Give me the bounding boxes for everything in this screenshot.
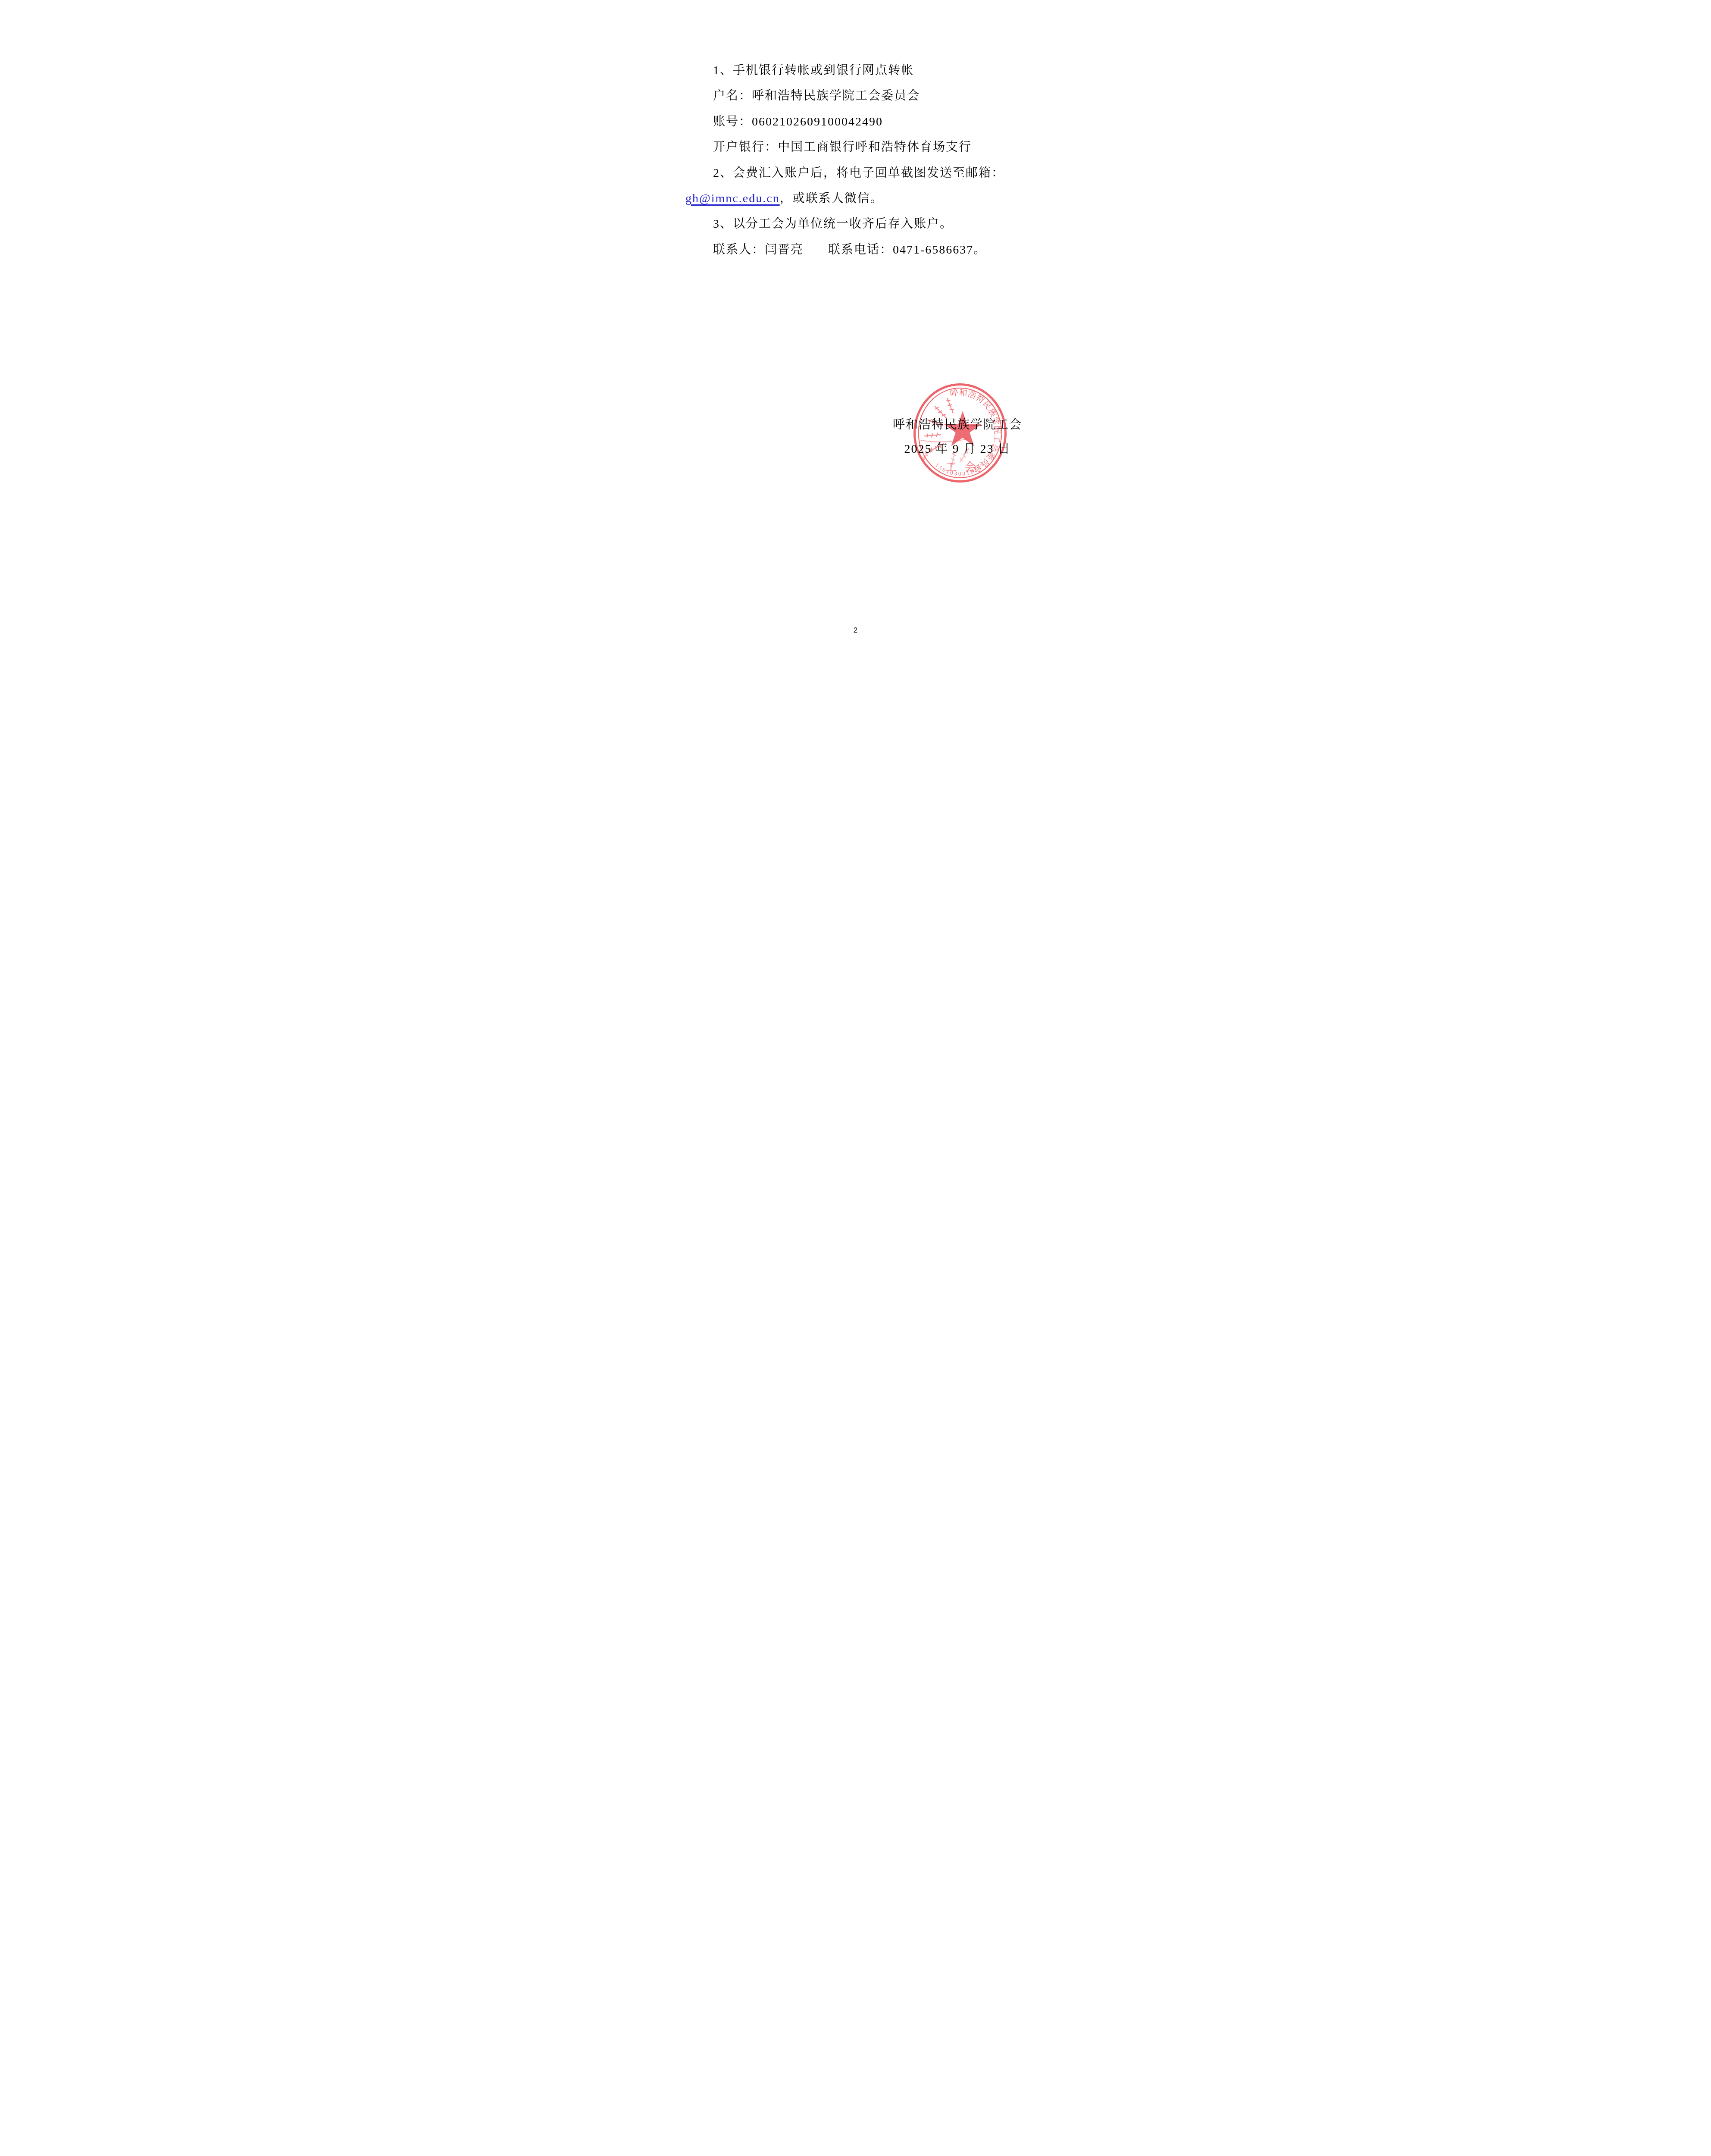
body-line-4: 开户银行：中国工商银行呼和浩特体育场支行 — [685, 135, 1030, 160]
email-link[interactable]: gh@imnc.edu.cn — [685, 192, 780, 205]
body-line-2: 户名：呼和浩特民族学院工会委员会 — [685, 83, 1030, 109]
page-number: 2 — [613, 626, 1098, 635]
body-line-5: 2、会费汇入账户后，将电子回单截图发送至邮箱： — [685, 160, 1030, 186]
body-line-1: 1、手机银行转帐或到银行网点转帐 — [685, 58, 1030, 83]
body-line-8: 联系人：闫晋亮联系电话：0471-6586637。 — [685, 237, 1030, 263]
contact-person: 联系人：闫晋亮 — [713, 243, 804, 257]
body-paragraphs: 1、手机银行转帐或到银行网点转帐 户名：呼和浩特民族学院工会委员会 账号：060… — [685, 58, 1030, 263]
document-page: 1、手机银行转帐或到银行网点转帐 户名：呼和浩特民族学院工会委员会 账号：060… — [613, 0, 1098, 685]
body-line-6-rest: ，或联系人微信。 — [780, 192, 883, 205]
contact-phone: 联系电话：0471-6586637。 — [828, 243, 986, 257]
star-icon — [944, 411, 981, 446]
official-seal: 呼和浩特民族学院工会委员会 工会 1501030018297 — [904, 373, 1016, 493]
body-line-7: 3、以分工会为单位统一收齐后存入账户。 — [685, 211, 1030, 237]
body-line-3: 账号：0602102609100042490 — [685, 109, 1030, 135]
body-line-6: gh@imnc.edu.cn，或联系人微信。 — [685, 186, 1030, 211]
